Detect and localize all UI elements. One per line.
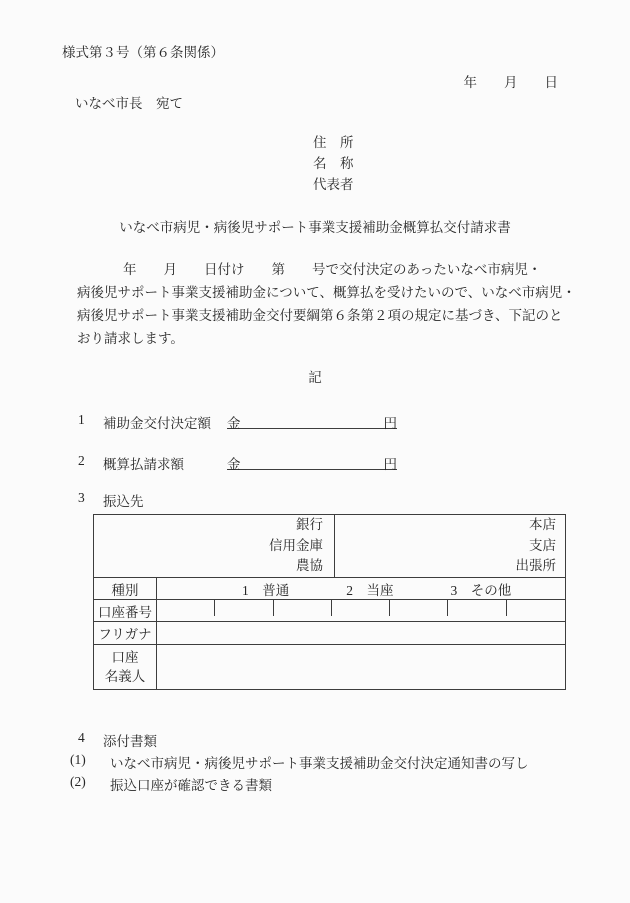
furigana-row: フリガナ (94, 621, 565, 644)
address-label[interactable]: 住 所 (313, 132, 354, 153)
attachment-text: 振込口座が確認できる書類 (110, 774, 272, 794)
bank-table: 銀行 信用金庫 農協 本店 支店 出張所 種別 1 普通 2 当座 3 その他 … (93, 514, 566, 690)
account-type-option-toza[interactable]: 2 当座 (346, 579, 393, 599)
furigana-label: フリガナ (94, 622, 157, 644)
account-number-cell[interactable] (390, 600, 448, 621)
item-label: 補助金交付決定額 (103, 412, 211, 432)
item-decided-amount: 1 補助金交付決定額 金 円 (0, 412, 630, 432)
account-holder-row: 口座 名義人 (94, 644, 565, 689)
requested-amount-field[interactable]: 金 円 (227, 453, 397, 470)
branch-type-label: 出張所 (335, 556, 556, 576)
bank-name-input-cell[interactable]: 銀行 信用金庫 農協 (94, 515, 335, 577)
account-holder-label-line: 名義人 (105, 667, 146, 686)
furigana-input-cell[interactable] (157, 622, 565, 644)
institution-type-label: 信用金庫 (94, 536, 323, 556)
body-line: おり請求します。 (77, 327, 577, 350)
account-number-cell[interactable] (157, 600, 215, 621)
account-type-label: 種別 (94, 578, 157, 599)
item-number: 1 (78, 412, 85, 428)
body-line: 年 月 日付け 第 号で交付決定のあったいなべ市病児・ (77, 258, 577, 281)
body-line: 病後児サポート事業支援補助金について、概算払を受けたいので、いなべ市病児・ (77, 281, 577, 304)
item-label: 概算払請求額 (103, 453, 184, 473)
amount-suffix: 円 (384, 412, 398, 432)
account-number-cell[interactable] (448, 600, 506, 621)
document-title: いなべ市病児・病後児サポート事業支援補助金概算払交付請求書 (0, 216, 630, 236)
item-number: 4 (78, 730, 85, 746)
account-holder-input-cell[interactable] (157, 645, 565, 689)
document-page: 様式第３号（第６条関係） 年 月 日 いなべ市長 宛て 住 所 名 称 代表者 … (0, 0, 630, 903)
institution-type-label: 銀行 (94, 515, 323, 535)
ki-heading: 記 (0, 366, 630, 386)
representative-label[interactable]: 代表者 (313, 174, 354, 195)
bank-name-row: 銀行 信用金庫 農協 本店 支店 出張所 (94, 515, 565, 577)
item-label: 添付書類 (103, 730, 157, 750)
amount-prefix: 金 (227, 412, 241, 432)
body-paragraph: 年 月 日付け 第 号で交付決定のあったいなべ市病児・ 病後児サポート事業支援補… (77, 258, 577, 350)
attachment-text: いなべ市病児・病後児サポート事業支援補助金交付決定通知書の写し (110, 752, 529, 772)
account-number-cells (157, 600, 565, 621)
account-type-options: 1 普通 2 当座 3 その他 (157, 578, 565, 599)
institution-type-label: 農協 (94, 556, 323, 576)
item-requested-amount: 2 概算払請求額 金 円 (0, 453, 630, 473)
attachment-number: (1) (70, 752, 86, 768)
account-number-cell[interactable] (507, 600, 565, 621)
account-number-cell[interactable] (215, 600, 273, 621)
item-transfer-destination: 3 振込先 (0, 490, 630, 510)
account-type-option-other[interactable]: 3 その他 (451, 579, 512, 599)
form-number: 様式第３号（第６条関係） (62, 41, 224, 61)
account-number-cell[interactable] (332, 600, 390, 621)
attachment-number: (2) (70, 774, 86, 790)
account-type-row: 種別 1 普通 2 当座 3 その他 (94, 577, 565, 599)
body-line: 病後児サポート事業支援補助金交付要綱第６条第２項の規定に基づき、下記のと (77, 304, 577, 327)
branch-name-input-cell[interactable]: 本店 支店 出張所 (335, 515, 565, 577)
item-number: 3 (78, 490, 85, 506)
applicant-block: 住 所 名 称 代表者 (313, 132, 354, 195)
account-type-option-futsu[interactable]: 1 普通 (242, 579, 289, 599)
account-number-row: 口座番号 (94, 599, 565, 621)
amount-prefix: 金 (227, 453, 241, 473)
item-label: 振込先 (103, 490, 144, 510)
account-number-cell[interactable] (274, 600, 332, 621)
amount-suffix: 円 (384, 453, 398, 473)
decided-amount-field[interactable]: 金 円 (227, 412, 397, 429)
addressee: いなべ市長 宛て (75, 92, 183, 112)
item-number: 2 (78, 453, 85, 469)
item-attachments: 4 添付書類 (0, 730, 630, 750)
account-holder-label: 口座 名義人 (94, 645, 157, 689)
name-label[interactable]: 名 称 (313, 153, 354, 174)
account-holder-label-line: 口座 (105, 648, 146, 667)
branch-type-label: 支店 (335, 536, 556, 556)
account-number-label: 口座番号 (94, 600, 157, 621)
branch-type-label: 本店 (335, 515, 556, 535)
date-field[interactable]: 年 月 日 (464, 71, 559, 91)
